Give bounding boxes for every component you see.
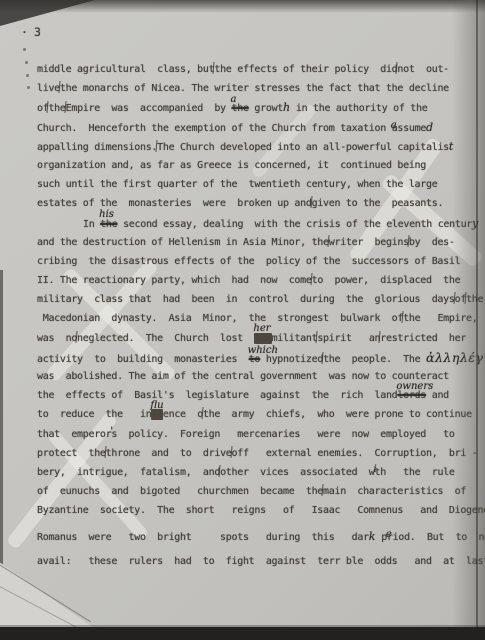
typed-text: not out- <box>397 64 449 75</box>
typed-text: ence o <box>163 409 203 420</box>
page-edge-line <box>476 0 479 640</box>
typed-text: protect the <box>37 448 106 459</box>
typescript-line: livethe monarchs of Nicea. The writer st… <box>37 79 477 98</box>
photocopy-edge-bottom <box>0 627 485 640</box>
typed-text: was no <box>37 333 77 344</box>
typed-text: avail: these rulers had to fight against… <box>37 556 485 567</box>
typescript-line: avail: these rulers had to fight against… <box>37 552 477 571</box>
typed-text: In <box>83 219 100 230</box>
typed-text: Church. Henceforth the exemption of the … <box>37 123 392 134</box>
typescript-line: middle agricultural class, butthe effect… <box>37 60 477 79</box>
typescript-line: activity to building monasteries towhich… <box>37 348 477 367</box>
typed-text: Empire was accompanied by <box>66 103 232 114</box>
typed-text: in the authority of the <box>290 103 427 114</box>
handwritten-annotation: d <box>426 121 433 134</box>
inserted-handwritten-text: her <box>253 324 270 334</box>
typed-text: to power, displaced the <box>312 275 461 286</box>
typed-text: writer begins <box>329 237 409 248</box>
typescript-line: Byzantine society. The short reigns of I… <box>37 501 477 520</box>
typescript-line: that emperor's policy. Foreign mercenari… <box>37 425 477 444</box>
typed-text: s policy. Foreign mercenaries were now e… <box>111 429 454 440</box>
inserted-handwritten-text: flu <box>150 401 163 411</box>
typed-text: the people. The <box>323 354 426 365</box>
typed-text: the army chiefs, who were prone to conti… <box>203 409 472 420</box>
ink-speck <box>25 61 28 64</box>
typed-text: Macedonian dynasty. Asia Minor, the stro… <box>37 313 403 324</box>
typescript-line: cribing the disastrous effects of the po… <box>37 252 477 271</box>
typed-text: Byzantine society. The short reigns of I… <box>37 505 485 516</box>
typed-text: given to the peasants. <box>312 198 444 209</box>
inserted-handwritten-text: i <box>374 465 377 475</box>
typescript-line: of eunuchs and bigoted churchmen became … <box>37 482 477 501</box>
typed-text: of eunuchs and bigoted churchmen became … <box>37 486 323 497</box>
typed-text: Romanus were two bright spots during thi… <box>37 532 369 543</box>
inserted-handwritten-text: a <box>231 95 237 105</box>
typescript-line: II. The reactionary party, which had now… <box>37 271 477 290</box>
typescript-line: to reduce the inflfluence othe army chie… <box>37 405 477 424</box>
typed-text: the effects of Basil's legislature again… <box>37 390 397 401</box>
typed-text: estates of the monasteries were broken u… <box>37 198 312 209</box>
typed-text: spirit an <box>317 333 380 344</box>
typed-text: such until the first quarter of the twen… <box>37 179 437 190</box>
photocopy-edge-right <box>452 0 485 640</box>
typescript-line: such until the first quarter of the twen… <box>37 175 477 194</box>
typed-text: cribing the disastrous effects of the po… <box>37 256 460 267</box>
typescript-line: Romanus were two bright spots during thi… <box>37 527 477 546</box>
typed-text: throne and to drive <box>106 448 232 459</box>
typed-text: live <box>37 83 60 94</box>
typed-text: bery, intrigue, fatalism, and <box>37 467 220 478</box>
typed-text: middle agricultural class, but <box>37 64 214 75</box>
typescript-line: Church. Henceforth the exemption of the … <box>37 118 477 137</box>
handwritten-correction: flflu <box>151 405 162 424</box>
typed-text: The Church developed into an all-powerfu… <box>157 142 449 153</box>
inserted-handwritten-text: which <box>248 346 278 356</box>
typescript-line: In thehis second essay, dealing with the… <box>37 214 477 233</box>
typescript-line: military class that had been in control … <box>37 290 477 309</box>
typed-text: main characteristics of <box>323 486 466 497</box>
handwritten-correction: lordsowners <box>397 386 426 405</box>
page-number-value: 3 <box>34 25 47 39</box>
typescript-line: protect thethrone and to driveoff extern… <box>37 444 477 463</box>
typed-text: th the rule <box>375 467 455 478</box>
typed-text: and the destruction of Hellenism in Asia… <box>37 237 329 248</box>
typed-text: activity to building monasteries <box>37 354 249 365</box>
handwritten-correction: thea <box>232 99 249 118</box>
typed-text: by des- <box>409 237 455 248</box>
typescript-line: the effects of Basil's legislature again… <box>37 386 477 405</box>
ink-speck <box>23 48 26 51</box>
typed-text: second essay, dealing with the crisis of… <box>117 219 472 230</box>
inserted-handwritten-text: owners <box>396 382 433 392</box>
typed-text: organization and, as far as Greece is co… <box>37 160 426 171</box>
typed-text: the <box>48 103 65 114</box>
typescript-line: and the destruction of Hellenism in Asia… <box>37 233 477 252</box>
typescript-line: appalling dimensions.The Church develope… <box>37 137 477 156</box>
typed-text: military class that had been in control … <box>37 294 455 305</box>
handwritten-correction: thehis <box>100 215 117 234</box>
handwritten-correction: towhich <box>249 350 260 369</box>
typed-text: appalling dimensions. <box>37 142 157 153</box>
typed-text: the monarchs of Nicea. The writer stress… <box>60 83 449 94</box>
typed-text: was abolished. The aim of the central go… <box>37 371 449 382</box>
typescript-line: bery, intrigue, fatalism, andother vices… <box>37 463 477 482</box>
inserted-handwritten-text: e <box>386 530 392 540</box>
inserted-handwritten-text: ' <box>110 427 113 437</box>
ink-speck <box>27 86 30 89</box>
typed-text: growt <box>249 103 283 114</box>
inserted-handwritten-text: his <box>99 210 114 220</box>
typescript-line: oftheEmpire was accompanied by thea grow… <box>37 98 477 117</box>
typescript-line: organization and, as far as Greece is co… <box>37 156 477 175</box>
typed-text: the effects of their policy did <box>214 64 397 75</box>
page-number-dot: · <box>21 25 34 39</box>
typed-text: neglected. The Church lost <box>77 333 254 344</box>
typed-text: to reduce the in <box>37 409 151 420</box>
typed-text: other vices associated w <box>220 467 374 478</box>
typescript-lines: middle agricultural class, butthe effect… <box>37 60 477 571</box>
typed-text: that emperor <box>37 429 111 440</box>
page-number: ·3 <box>21 25 47 39</box>
typed-text: II. The reactionary party, which had now… <box>37 275 312 286</box>
ink-speck <box>26 74 29 77</box>
inserted-handwritten-text: a <box>391 121 397 131</box>
typed-text: off external enemies. Corruption, bri - <box>232 448 478 459</box>
typed-text: militant <box>272 333 318 344</box>
